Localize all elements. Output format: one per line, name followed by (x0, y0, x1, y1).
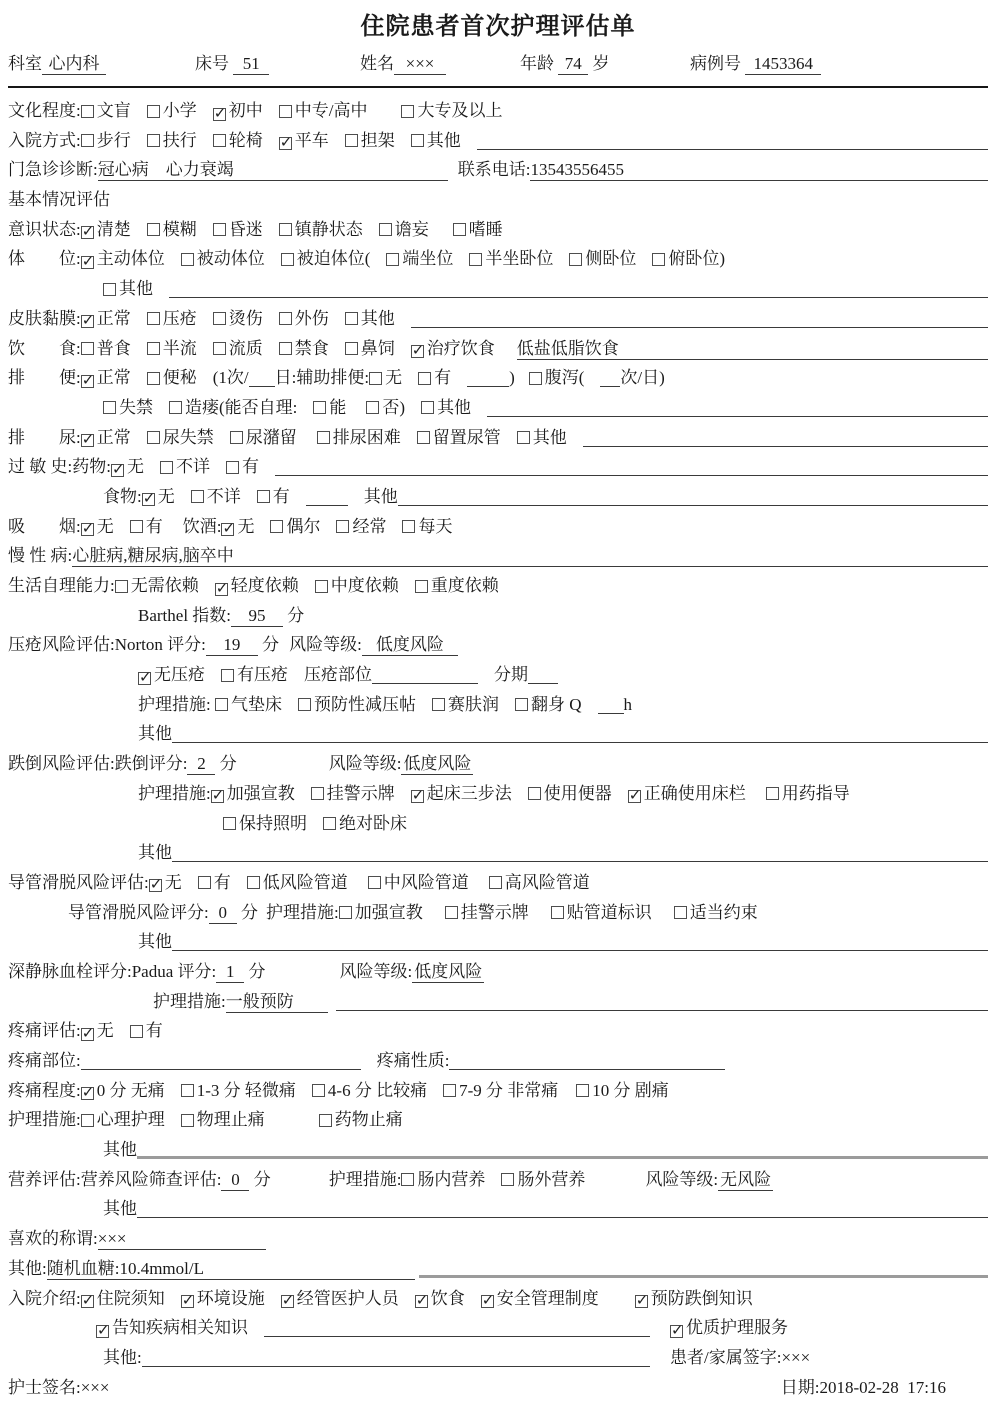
checkbox-checked[interactable]: ✓优质护理服务 (670, 1313, 788, 1338)
checkbox-label: 正常 (97, 309, 131, 328)
checkbox-unchecked-icon (401, 1173, 414, 1186)
nutrition-risk-level[interactable]: 无风险 (718, 1165, 773, 1191)
checkbox-label: 加强宣教 (227, 784, 295, 803)
checkbox-unchecked[interactable]: 其他 (345, 304, 395, 329)
blank-field[interactable] (467, 386, 509, 387)
checkbox-unchecked-icon (311, 787, 324, 800)
checkbox-unchecked-icon (198, 876, 211, 889)
checkbox-unchecked-icon (379, 223, 392, 236)
checkbox-unchecked[interactable]: 有 (418, 363, 451, 388)
form-row: 慢 性 病:心脏病,糖尿病,脑卒中 (8, 536, 988, 566)
checkbox-unchecked[interactable]: 模糊 (147, 215, 197, 240)
checkbox-unchecked[interactable]: 禁食 (279, 334, 329, 359)
checkbox-checked[interactable]: ✓正确使用床栏 (628, 779, 746, 804)
checkbox-unchecked-icon (147, 342, 160, 355)
fill-line (275, 475, 988, 476)
label-text: 次/日) (620, 363, 664, 388)
checkbox-label: 尿失禁 (163, 428, 214, 447)
checkbox-checked[interactable]: ✓无 (149, 868, 182, 893)
checkbox-label: 半坐卧位 (485, 249, 553, 268)
checkbox-checked[interactable]: ✓住院须知 (81, 1284, 165, 1309)
dvt-risk-level[interactable]: 低度风险 (412, 957, 484, 983)
checkbox-unchecked[interactable]: 有 (130, 512, 163, 537)
form-row: 其他 (8, 1130, 988, 1160)
checkbox-unchecked-icon (319, 1114, 332, 1127)
form-row: 吸 烟:✓无有饮酒:✓无偶尔经常每天 (8, 507, 988, 537)
diet-value[interactable]: 低盐低脂饮食 (517, 334, 988, 360)
checkbox-checked[interactable]: ✓环境设施 (181, 1284, 265, 1309)
label-text: 疼痛程度: (8, 1076, 81, 1101)
blank-field[interactable] (372, 683, 478, 684)
checkbox-unchecked-icon (213, 223, 226, 236)
checkbox-unchecked[interactable]: 气垫床 (215, 690, 282, 715)
label-text: 过 敏 史:药物: (8, 452, 111, 477)
checkbox-label: 无 (158, 487, 175, 506)
checkbox-checked[interactable]: ✓正常 (81, 304, 131, 329)
checkbox-label: 有 (434, 368, 451, 387)
checkbox-label: 中度依赖 (331, 576, 399, 595)
checkbox-checked-icon: ✓ (142, 493, 155, 506)
label-text: 其他 (138, 719, 172, 744)
label-text: 排 便: (8, 363, 81, 388)
form-row: 护理措施:✓加强宣教挂警示牌✓起床三步法使用便器✓正确使用床栏用药指导 (8, 774, 988, 804)
blank-field[interactable] (600, 386, 620, 387)
checkbox-unchecked[interactable]: 物理止痛 (181, 1105, 265, 1130)
checkbox-checked-icon: ✓ (81, 315, 94, 328)
checkbox-label: 文盲 (97, 101, 131, 120)
checkbox-unchecked[interactable]: 10 分 剧痛 (576, 1076, 669, 1101)
assessment-form: 住院患者首次护理评估单 科室心内科床号 51姓名×××年龄 74 岁病例号 14… (8, 6, 988, 1397)
label-text: 导管滑脱风险评分: (68, 898, 209, 923)
label-text: 深静脉血栓评分:Padua 评分: (8, 957, 216, 982)
checkbox-label: 用药指导 (782, 784, 850, 803)
checkbox-unchecked[interactable]: 肠外营养 (501, 1165, 585, 1190)
dvt-measures-value[interactable]: 一般预防 (226, 987, 328, 1013)
diagnosis-value[interactable]: 冠心病 心力衰竭 (98, 155, 448, 181)
barthel-score[interactable]: 95 (231, 606, 283, 627)
checkbox-unchecked[interactable]: 大专及以上 (401, 96, 502, 121)
checkbox-label: 优质护理服务 (686, 1318, 788, 1337)
checkbox-checked[interactable]: ✓加强宣教 (211, 779, 295, 804)
checkbox-unchecked[interactable]: 无 (369, 363, 402, 388)
random-glucose-value[interactable]: 随机血糖:10.4mmol/L (47, 1254, 415, 1280)
checkbox-unchecked[interactable]: 压疮 (147, 304, 197, 329)
checkbox-unchecked[interactable]: 用药指导 (766, 779, 850, 804)
checkbox-unchecked[interactable]: 尿潴留 (230, 423, 297, 448)
checkbox-unchecked-icon (81, 134, 94, 147)
checkbox-unchecked-icon (213, 342, 226, 355)
checkbox-unchecked[interactable]: 无需依赖 (115, 571, 199, 596)
checkbox-unchecked[interactable]: 有 (198, 868, 231, 893)
checkbox-unchecked-icon (528, 787, 541, 800)
field-bed-number-value[interactable]: 51 (233, 54, 269, 75)
field-department-value[interactable]: 心内科 (42, 49, 106, 75)
label-text: 入院介绍: (8, 1284, 81, 1309)
checkbox-unchecked[interactable]: 否) (366, 393, 405, 418)
checkbox-unchecked[interactable]: 保持照明 (223, 809, 307, 834)
checkbox-unchecked[interactable]: 低风险管道 (247, 868, 348, 893)
checkbox-unchecked[interactable]: 其他 (103, 274, 153, 299)
checkbox-checked[interactable]: ✓正常 (81, 363, 131, 388)
checkbox-checked[interactable]: ✓预防跌倒知识 (635, 1284, 753, 1309)
checkbox-unchecked[interactable]: 镇静状态 (279, 215, 363, 240)
checkbox-unchecked[interactable]: 有 (130, 1016, 163, 1041)
checkbox-label: 正确使用床栏 (644, 784, 746, 803)
checkbox-label: 挂警示牌 (461, 903, 529, 922)
checkbox-label: 排尿困难 (333, 428, 401, 447)
checkbox-unchecked[interactable]: 不详 (160, 452, 210, 477)
checkbox-checked[interactable]: ✓治疗饮食 (411, 334, 495, 359)
checkbox-unchecked-icon (432, 698, 445, 711)
checkbox-unchecked[interactable]: 留置尿管 (417, 423, 501, 448)
checkbox-label: 留置尿管 (433, 428, 501, 447)
blank-field[interactable] (306, 505, 348, 506)
checkbox-unchecked[interactable]: 嗜睡 (453, 215, 503, 240)
checkbox-label: 有 (214, 873, 231, 892)
checkbox-label: 清楚 (97, 220, 131, 239)
checkbox-unchecked[interactable]: 中风险管道 (368, 868, 469, 893)
checkbox-checked[interactable]: ✓起床三步法 (411, 779, 512, 804)
checkbox-checked[interactable]: ✓告知疾病相关知识 (96, 1313, 248, 1338)
label-text: 分 (258, 630, 279, 655)
checkbox-checked-icon: ✓ (81, 523, 94, 536)
checkbox-checked[interactable]: ✓清楚 (81, 215, 131, 240)
checkbox-label: 无 (165, 873, 182, 892)
checkbox-label: 造瘘(能否自理: (185, 398, 297, 417)
checkbox-unchecked-icon (81, 342, 94, 355)
field-patient-name-value[interactable]: ××× (394, 54, 446, 75)
checkbox-unchecked[interactable]: 经常 (336, 512, 386, 537)
right-column: ✓优质护理服务 (670, 1313, 988, 1338)
checkbox-checked[interactable]: ✓经管医护人员 (281, 1284, 399, 1309)
checkbox-checked[interactable]: ✓正常 (81, 423, 131, 448)
checkbox-checked[interactable]: ✓无压疮 (138, 660, 205, 685)
checkbox-label: 鼻饲 (361, 339, 395, 358)
checkbox-unchecked[interactable]: 造瘘(能否自理: (169, 393, 297, 418)
checkbox-unchecked-icon (674, 906, 687, 919)
checkbox-label: 被迫体位( (297, 249, 371, 268)
checkbox-unchecked[interactable]: 绝对卧床 (323, 809, 407, 834)
checkbox-label: 绝对卧床 (339, 814, 407, 833)
checkbox-label: 安全管理制度 (497, 1289, 599, 1308)
checkbox-unchecked[interactable]: 轮椅 (213, 126, 263, 151)
label-text: 日:辅助排便: (275, 363, 369, 388)
checkbox-checked-icon: ✓ (411, 790, 424, 803)
checkbox-unchecked[interactable]: 1-3 分 轻微痛 (181, 1076, 296, 1101)
checkbox-unchecked[interactable]: 4-6 分 比较痛 (312, 1076, 427, 1101)
checkbox-unchecked-icon (226, 461, 239, 474)
field-age-value[interactable]: 74 (558, 54, 588, 75)
checkbox-unchecked-icon (369, 372, 382, 385)
patient-signature: 患者/家属签字:××× (670, 1343, 810, 1368)
blank-field[interactable] (598, 713, 624, 714)
form-row: 入院介绍:✓住院须知✓环境设施✓经管医护人员✓饮食✓安全管理制度✓预防跌倒知识 (8, 1279, 988, 1309)
checkbox-unchecked[interactable]: 每天 (402, 512, 452, 537)
checkbox-checked-icon: ✓ (81, 1295, 94, 1308)
checkbox-unchecked[interactable]: 挂警示牌 (445, 898, 529, 923)
checkbox-unchecked-icon (443, 1084, 456, 1097)
fill-line (336, 1010, 988, 1011)
field-case-number-value[interactable]: 1453364 (745, 54, 821, 75)
checkbox-unchecked-icon (181, 1114, 194, 1127)
checkbox-unchecked-icon (247, 876, 260, 889)
blank-field[interactable] (528, 683, 558, 684)
checkbox-unchecked[interactable]: 半坐卧位 (469, 244, 553, 269)
checkbox-checked[interactable]: ✓无 (81, 512, 114, 537)
checkbox-unchecked[interactable]: 便秘 (147, 363, 197, 388)
checkbox-unchecked-icon (529, 372, 542, 385)
checkbox-unchecked[interactable]: 流质 (213, 334, 263, 359)
norton-score[interactable]: 19 (206, 635, 258, 656)
checkbox-unchecked[interactable]: 尿失禁 (147, 423, 214, 448)
checkbox-checked-icon: ✓ (149, 879, 162, 892)
checkbox-unchecked[interactable]: 昏迷 (213, 215, 263, 240)
form-body: 文化程度:文盲小学✓初中中专/高中大专及以上入院方式:步行扶行轮椅✓平车担架其他… (8, 91, 988, 1397)
field-age: 年龄 74 岁 (520, 49, 690, 75)
field-bed-number: 床号 51 (195, 49, 360, 75)
form-row: 入院方式:步行扶行轮椅✓平车担架其他 (8, 121, 988, 151)
checkbox-unchecked-icon (415, 580, 428, 593)
pressure-risk-level[interactable]: 低度风险 (362, 630, 458, 656)
checkbox-checked-icon: ✓ (635, 1295, 648, 1308)
checkbox-unchecked-icon (551, 906, 564, 919)
checkbox-unchecked-icon (569, 253, 582, 266)
checkbox-unchecked[interactable]: 腹泻( (529, 363, 585, 388)
checkbox-unchecked-icon (279, 105, 292, 118)
form-row: 基本情况评估 (8, 180, 988, 210)
field-department: 科室心内科 (8, 49, 195, 75)
checkbox-label: 心理护理 (97, 1110, 165, 1129)
checkbox-unchecked-icon (279, 223, 292, 236)
checkbox-label: 肠内营养 (417, 1170, 485, 1189)
form-row: 其他 (8, 922, 988, 952)
checkbox-unchecked[interactable]: 赛肤润 (432, 690, 499, 715)
checkbox-checked-icon: ✓ (211, 790, 224, 803)
checkbox-label: 轻度依赖 (231, 576, 299, 595)
checkbox-unchecked[interactable]: 肠内营养 (401, 1165, 485, 1190)
checkbox-unchecked[interactable]: 侧卧位 (569, 244, 636, 269)
checkbox-unchecked[interactable]: 高风险管道 (489, 868, 590, 893)
checkbox-label: 预防性减压帖 (314, 695, 416, 714)
tube-slip-score[interactable]: 0 (209, 903, 237, 924)
checkbox-label: 赛肤润 (448, 695, 499, 714)
checkbox-label: 住院须知 (97, 1289, 165, 1308)
fall-score[interactable]: 2 (187, 754, 215, 775)
form-row: 其他 (8, 1189, 988, 1219)
checkbox-unchecked-icon (401, 105, 414, 118)
checkbox-unchecked[interactable]: 失禁 (103, 393, 153, 418)
checkbox-unchecked[interactable]: 被动体位 (181, 244, 265, 269)
checkbox-unchecked-icon (223, 817, 236, 830)
checkbox-unchecked-icon (221, 669, 234, 682)
checkbox-unchecked[interactable]: 端坐位 (386, 244, 453, 269)
checkbox-unchecked[interactable]: 被迫体位( (281, 244, 371, 269)
phone-value[interactable]: 13543556455 (530, 160, 988, 181)
checkbox-unchecked[interactable]: 7-9 分 非常痛 (443, 1076, 558, 1101)
checkbox-checked[interactable]: ✓主动体位 (81, 244, 165, 269)
checkbox-label: 4-6 分 比较痛 (328, 1081, 427, 1100)
checkbox-checked[interactable]: ✓0 分 无痛 (81, 1076, 165, 1101)
form-row: 护理措施:心理护理物理止痛药物止痛 (8, 1100, 988, 1130)
blank-field[interactable] (249, 386, 275, 387)
checkbox-unchecked[interactable]: 贴管道标识 (551, 898, 652, 923)
checkbox-unchecked[interactable]: 适当约束 (674, 898, 758, 923)
checkbox-unchecked[interactable]: 烫伤 (213, 304, 263, 329)
checkbox-label: 加强宣教 (355, 903, 423, 922)
checkbox-label: 失禁 (119, 398, 153, 417)
checkbox-unchecked-icon (345, 342, 358, 355)
checkbox-unchecked[interactable]: 药物止痛 (319, 1105, 403, 1130)
checkbox-unchecked-icon (366, 401, 379, 414)
blank-field[interactable] (81, 1069, 361, 1070)
nurse-signature: 护士签名:××× (8, 1373, 110, 1398)
form-row: 皮肤黏膜:✓正常压疮烫伤外伤其他 (8, 299, 988, 329)
checkbox-unchecked[interactable]: 有 (257, 482, 290, 507)
checkbox-label: 有压疮 (237, 665, 288, 684)
checkbox-checked[interactable]: ✓无 (111, 452, 144, 477)
checkbox-unchecked[interactable]: 预防性减压帖 (298, 690, 416, 715)
label-text: 其他 (138, 838, 172, 863)
fill-line (477, 149, 988, 150)
fill-line (137, 1217, 988, 1218)
label-text: 其他: (8, 1254, 47, 1279)
checkbox-checked[interactable]: ✓无 (81, 1016, 114, 1041)
blank-field[interactable] (449, 1069, 725, 1070)
checkbox-unchecked-icon (445, 906, 458, 919)
checkbox-unchecked[interactable]: 排尿困难 (317, 423, 401, 448)
checkbox-label: 被动体位 (197, 249, 265, 268)
form-title: 住院患者首次护理评估单 (8, 6, 988, 41)
checkbox-checked[interactable]: ✓无 (142, 482, 175, 507)
checkbox-unchecked-icon (213, 312, 226, 325)
checkbox-label: 低风险管道 (263, 873, 348, 892)
form-header: 科室心内科床号 51姓名×××年龄 74 岁病例号 1453364 (8, 49, 988, 79)
checkbox-label: 担架 (361, 131, 395, 150)
checkbox-unchecked[interactable]: 心理护理 (81, 1105, 165, 1130)
checkbox-label: 挂警示牌 (327, 784, 395, 803)
checkbox-checked[interactable]: ✓轻度依赖 (215, 571, 299, 596)
checkbox-label: 大专及以上 (417, 101, 502, 120)
checkbox-unchecked[interactable]: 普食 (81, 334, 131, 359)
checkbox-unchecked[interactable]: 能 (313, 393, 346, 418)
checkbox-unchecked[interactable]: 谵妄 (379, 215, 429, 240)
checkbox-unchecked[interactable]: 偶尔 (270, 512, 320, 537)
checkbox-checked-icon: ✓ (481, 1295, 494, 1308)
checkbox-label: 经管医护人员 (297, 1289, 399, 1308)
form-row: ✓告知疾病相关知识✓优质护理服务 (8, 1308, 988, 1338)
checkbox-unchecked[interactable]: 扶行 (147, 126, 197, 151)
checkbox-unchecked-icon (312, 1084, 325, 1097)
checkbox-unchecked[interactable]: 挂警示牌 (311, 779, 395, 804)
form-row: 导管滑脱风险评分:0 分护理措施:加强宣教挂警示牌贴管道标识适当约束 (8, 893, 988, 923)
checkbox-unchecked[interactable]: 其他 (411, 126, 461, 151)
checkbox-unchecked[interactable]: 其他 (517, 423, 567, 448)
checkbox-label: 其他 (119, 279, 153, 298)
form-row: 文化程度:文盲小学✓初中中专/高中大专及以上 (8, 91, 988, 121)
checkbox-unchecked[interactable]: 中度依赖 (315, 571, 399, 596)
checkbox-checked[interactable]: ✓无 (221, 512, 254, 537)
checkbox-label: 无 (127, 457, 144, 476)
label-text: Barthel 指数: (138, 601, 231, 626)
checkbox-unchecked[interactable]: 加强宣教 (339, 898, 423, 923)
checkbox-unchecked[interactable]: 翻身 Q (515, 690, 582, 715)
checkbox-unchecked[interactable]: 其他 (421, 393, 471, 418)
label-text: 护理措施: (138, 690, 215, 715)
label-text: 其他 (364, 482, 398, 507)
checkbox-unchecked-icon (402, 520, 415, 533)
fall-risk-level[interactable]: 低度风险 (401, 749, 473, 775)
checkbox-label: 轮椅 (229, 131, 263, 150)
checkbox-label: 步行 (97, 131, 131, 150)
checkbox-label: 气垫床 (231, 695, 282, 714)
checkbox-label: 镇静状态 (295, 220, 363, 239)
checkbox-label: 烫伤 (229, 309, 263, 328)
checkbox-label: 无 (385, 368, 402, 387)
checkbox-label: 其他 (427, 131, 461, 150)
checkbox-unchecked[interactable]: 有压疮 (221, 660, 288, 685)
checkbox-checked-icon: ✓ (281, 1295, 294, 1308)
checkbox-checked[interactable]: ✓初中 (213, 96, 263, 121)
label-text: 护理措施: (138, 779, 211, 804)
checkbox-checked[interactable]: ✓饮食 (415, 1284, 465, 1309)
checkbox-unchecked[interactable]: 重度依赖 (415, 571, 499, 596)
checkbox-checked[interactable]: ✓安全管理制度 (481, 1284, 599, 1309)
checkbox-unchecked[interactable]: 有 (226, 452, 259, 477)
checkbox-unchecked[interactable]: 不详 (191, 482, 241, 507)
checkbox-checked[interactable]: ✓平车 (279, 126, 329, 151)
checkbox-unchecked[interactable]: 外伤 (279, 304, 329, 329)
checkbox-unchecked[interactable]: 担架 (345, 126, 395, 151)
chronic-disease-value[interactable]: 心脏病,糖尿病,脑卒中 (72, 541, 988, 567)
checkbox-label: 经常 (352, 517, 386, 536)
checkbox-unchecked[interactable]: 鼻饲 (345, 334, 395, 359)
label-text: 其他: (103, 1343, 142, 1368)
checkbox-label: 模糊 (163, 220, 197, 239)
checkbox-unchecked[interactable]: 文盲 (81, 96, 131, 121)
preferred-name-value[interactable]: ××× (98, 1229, 266, 1250)
form-row: 疼痛程度:✓0 分 无痛1-3 分 轻微痛4-6 分 比较痛7-9 分 非常痛1… (8, 1071, 988, 1101)
checkbox-unchecked[interactable]: 步行 (81, 126, 131, 151)
checkbox-checked-icon: ✓ (411, 345, 424, 358)
header-divider (8, 86, 988, 88)
checkbox-unchecked[interactable]: 使用便器 (528, 779, 612, 804)
checkbox-checked-icon: ✓ (221, 523, 234, 536)
checkbox-unchecked-icon (279, 312, 292, 325)
checkbox-label: 使用便器 (544, 784, 612, 803)
field-patient-name: 姓名××× (360, 49, 520, 75)
field-department-label: 科室 (8, 49, 42, 74)
checkbox-unchecked[interactable]: 中专/高中 (279, 96, 368, 121)
field-case-number-label: 病例号 (690, 49, 745, 74)
checkbox-unchecked[interactable]: 俯卧位) (652, 244, 725, 269)
nutrition-score[interactable]: 0 (221, 1170, 249, 1191)
label-text: 风险等级: (645, 1165, 718, 1190)
checkbox-unchecked[interactable]: 小学 (147, 96, 197, 121)
checkbox-unchecked-icon (315, 580, 328, 593)
date-value: 日期:2018-02-28 17:16 (781, 1373, 946, 1398)
checkbox-unchecked[interactable]: 半流 (147, 334, 197, 359)
fill-line (172, 742, 988, 743)
checkbox-unchecked-icon (191, 490, 204, 503)
checkbox-unchecked-icon (181, 1084, 194, 1097)
checkbox-unchecked-icon (213, 134, 226, 147)
form-row: 排 便:✓正常便秘(1次/日:辅助排便:无有)腹泻(次/日) (8, 358, 988, 388)
checkbox-unchecked-icon (103, 401, 116, 414)
checkbox-label: 主动体位 (97, 249, 165, 268)
padua-score[interactable]: 1 (216, 962, 244, 983)
form-row: 护理措施:一般预防 (8, 982, 988, 1012)
checkbox-label: 偶尔 (286, 517, 320, 536)
